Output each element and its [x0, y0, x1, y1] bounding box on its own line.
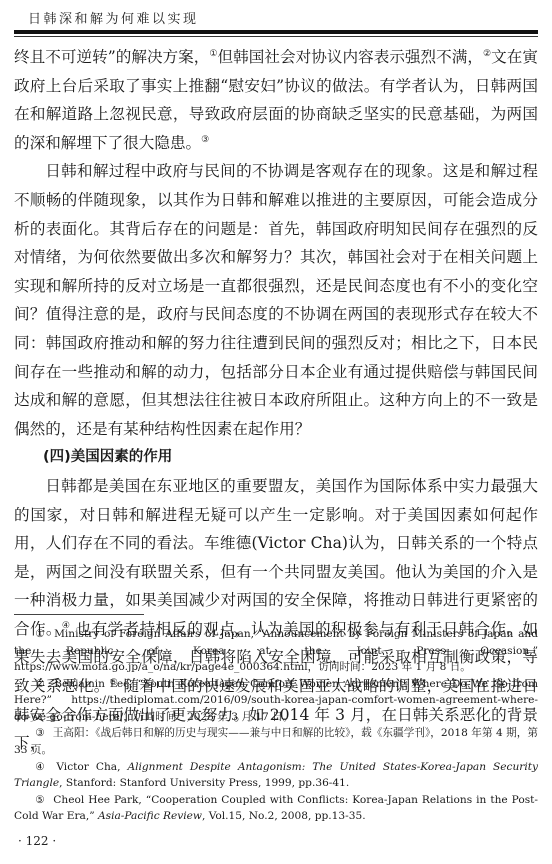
footnote-text: Benjamin Lee, “South Korea-Japan Comfort…	[14, 678, 538, 723]
paragraph-government-public-discord: 日韩和解过程中政府与民间的不协调是客观存在的现象。这是和解过程不顺畅的伴随现象，…	[14, 157, 538, 443]
footnote-ref-2[interactable]: ②	[483, 49, 491, 59]
footnote-1: ①Ministry of Foreign Affairs of Japan, “…	[14, 626, 538, 676]
footnote-5: ⑤Cheol Hee Park, “Cooperation Coupled wi…	[14, 792, 538, 825]
footnote-number: ③	[35, 727, 45, 739]
footnote-number: ②	[35, 678, 46, 690]
footnote-text: Ministry of Foreign Affairs of Japan, “A…	[14, 628, 538, 673]
section-heading: (四)美国因素的作用	[14, 443, 538, 472]
footnote-text: Victor Cha,	[56, 761, 127, 773]
footnote-text: 王高阳：《战后韩日和解的历史与现实——兼与中日和解的比较》，载《东疆学刊》，20…	[14, 727, 538, 756]
footnote-3: ③王高阳：《战后韩日和解的历史与现实——兼与中日和解的比较》，载《东疆学刊》，2…	[14, 725, 538, 758]
header-rule-thin	[14, 36, 538, 37]
footnote-4: ④Victor Cha, Alignment Despite Antagonis…	[14, 759, 538, 792]
running-header: 日韩深和解为何难以实现	[28, 8, 199, 27]
footnote-ref-3[interactable]: ③	[201, 135, 209, 145]
text-run: 但韩国社会对协议内容表示强烈不满，	[218, 48, 484, 66]
footnote-number: ①	[35, 628, 46, 640]
text-run: 终且不可逆转”的解决方案，	[14, 48, 209, 66]
page-number: · 122 ·	[18, 834, 56, 848]
footnote-text: , Stanford: Stanford University Press, 1…	[59, 777, 349, 789]
footnotes: ①Ministry of Foreign Affairs of Japan, “…	[14, 626, 538, 825]
footnote-divider	[14, 614, 144, 615]
footnote-number: ⑤	[35, 794, 45, 806]
footnote-text: , Vol.15, No.2, 2008, pp.13-35.	[202, 810, 366, 822]
header-rule-thick	[14, 30, 538, 34]
document-page: 日韩深和解为何难以实现 终且不可逆转”的解决方案，①但韩国社会对协议内容表示强烈…	[14, 0, 538, 864]
paragraph-continuation: 终且不可逆转”的解决方案，①但韩国社会对协议内容表示强烈不满，②文在寅政府上台后…	[14, 43, 538, 157]
footnote-title: Asia-Pacific Review	[98, 810, 202, 822]
footnote-number: ④	[35, 761, 48, 773]
footnote-2: ②Benjamin Lee, “South Korea-Japan Comfor…	[14, 676, 538, 726]
footnote-ref-1[interactable]: ①	[209, 49, 217, 59]
